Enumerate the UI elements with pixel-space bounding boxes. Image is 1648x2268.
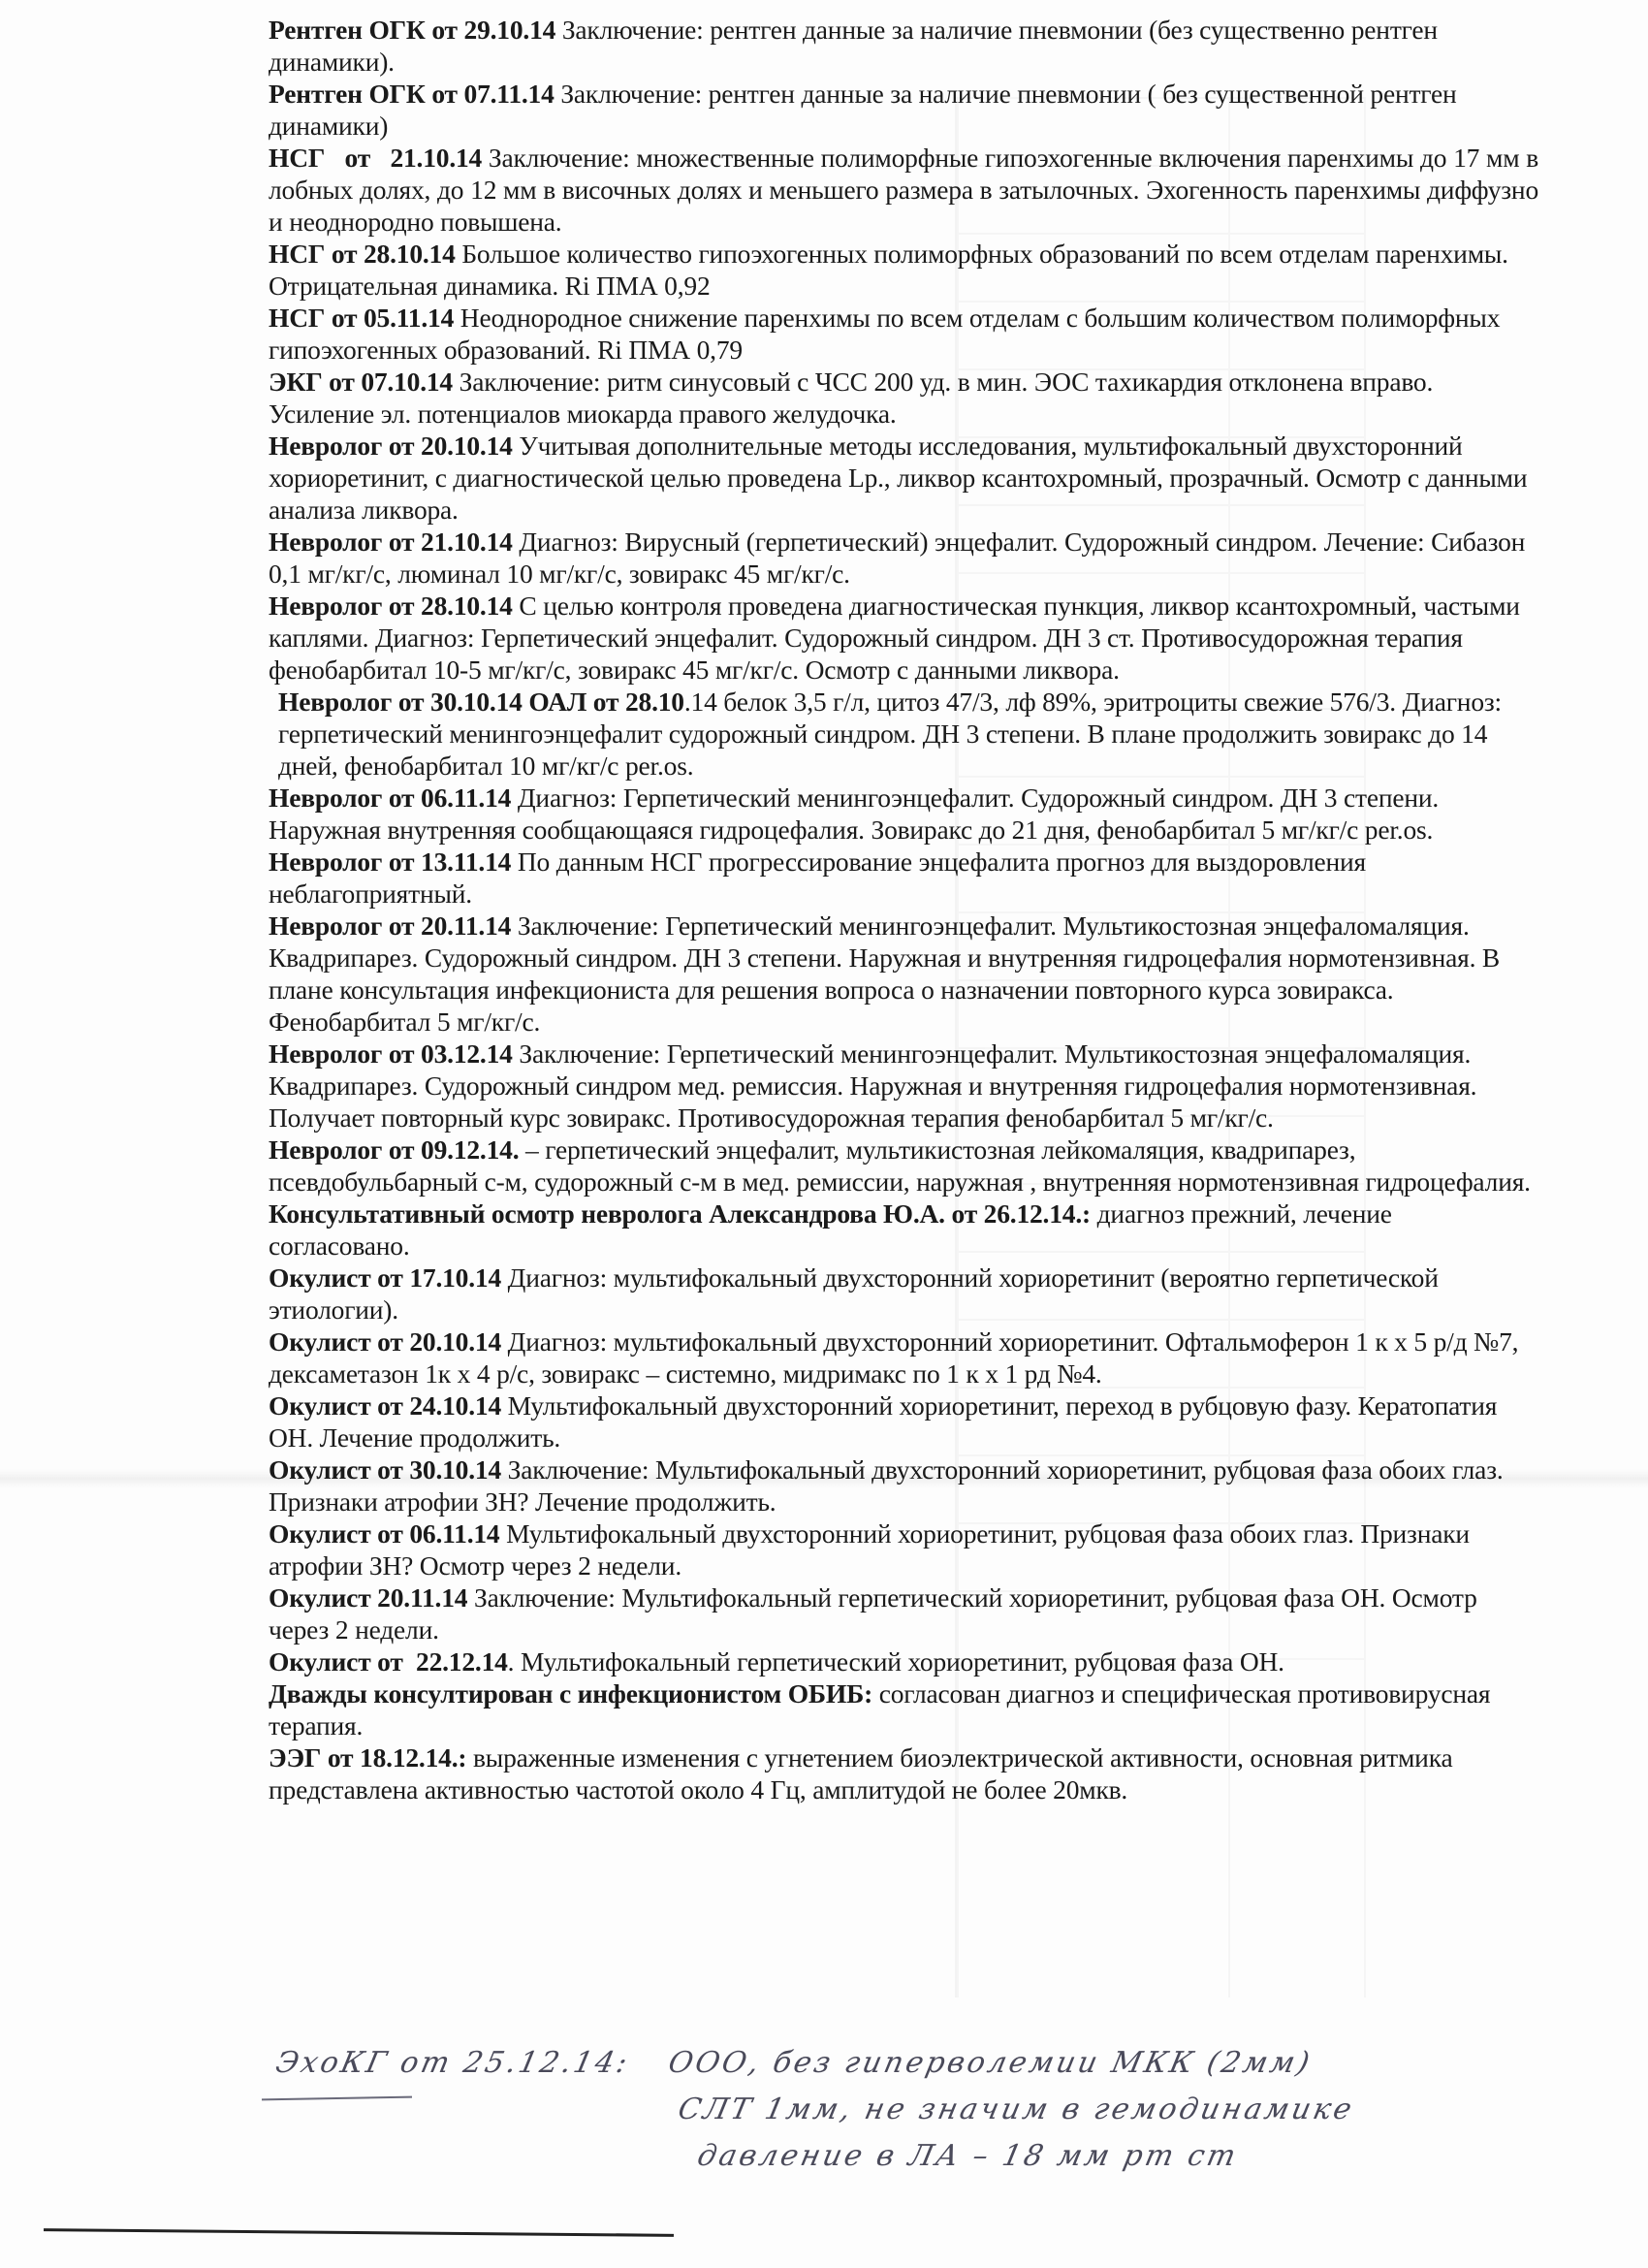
entry-heading: Невролог от 28.10.14: [269, 591, 513, 621]
entry-heading: Невролог от 20.11.14: [269, 910, 511, 941]
entry-ecg-07-10: ЭКГ от 07.10.14 Заключение: ритм синусов…: [269, 366, 1538, 430]
entry-heading: Невролог от 03.12.14: [269, 1038, 513, 1069]
entry-text: Большое количество гипоэхогенных полимор…: [269, 239, 1508, 301]
entry-heading: Рентген ОГК от 29.10.14: [269, 15, 555, 45]
entry-heading: Окулист от 22.12.14: [269, 1646, 508, 1677]
entry-neuro-21-10: Невролог от 21.10.14 Диагноз: Вирусный (…: [269, 526, 1538, 590]
entry-heading: Окулист от 20.10.14: [269, 1326, 501, 1357]
entry-xray-07-11: Рентген ОГК от 07.11.14 Заключение: рент…: [269, 78, 1538, 142]
bottom-rule-line: [44, 2228, 674, 2237]
entry-nsg-28-10: НСГ от 28.10.14 Большое количество гипоэ…: [269, 238, 1538, 302]
entry-heading: Окулист 20.11.14: [269, 1582, 467, 1613]
handwritten-label: ЭхоКГ от 25.12.14:: [272, 2046, 633, 2080]
entry-heading: ЭЭГ от 18.12.14.:: [269, 1742, 466, 1773]
entry-neuro-28-10: Невролог от 28.10.14 С целью контроля пр…: [269, 590, 1538, 686]
scanned-page: Рентген ОГК от 29.10.14 Заключение: рент…: [0, 0, 1648, 2268]
entry-neuro-20-10: Невролог от 20.10.14 Учитывая дополнител…: [269, 430, 1538, 526]
entry-text: Неоднородное снижение паренхимы по всем …: [269, 303, 1500, 365]
entry-nsg-05-11: НСГ от 05.11.14 Неоднородное снижение па…: [269, 302, 1538, 366]
entry-heading: Невролог от 21.10.14: [269, 527, 513, 557]
entry-infectionist-consult: Дважды консултирован с инфекционистом ОБ…: [269, 1677, 1538, 1741]
entry-xray-29-10: Рентген ОГК от 29.10.14 Заключение: рент…: [269, 14, 1538, 78]
entry-heading: Окулист от 06.11.14: [269, 1518, 499, 1549]
entry-eeg-18-12: ЭЭГ от 18.12.14.: выраженные изменения с…: [269, 1741, 1538, 1805]
entry-neuro-consult-26-12: Консультативный осмотр невролога Алексан…: [269, 1198, 1538, 1262]
entry-neuro-09-12: Невролог от 09.12.14. – герпетический эн…: [269, 1134, 1538, 1198]
entry-heading: Дважды консултирован с инфекционистом ОБ…: [269, 1678, 872, 1709]
entry-heading: НСГ от 28.10.14: [269, 239, 456, 269]
entry-heading: Невролог от 09.12.14.: [269, 1134, 519, 1165]
entry-heading: Консультативный осмотр невролога Алексан…: [269, 1198, 1091, 1229]
entry-heading: Невролог от 30.10.14 ОАЛ от 28.10: [278, 687, 684, 717]
entry-ophth-17-10: Окулист от 17.10.14 Диагноз: мультифокал…: [269, 1262, 1538, 1326]
entry-text: . Мультифокальный герпетический хориорет…: [508, 1646, 1284, 1677]
entry-heading: Окулист от 30.10.14: [269, 1454, 501, 1485]
entry-heading: ЭКГ от 07.10.14: [269, 367, 453, 397]
entry-heading: НСГ от 05.11.14: [269, 303, 454, 333]
entry-heading: Окулист от 24.10.14: [269, 1390, 501, 1421]
entry-ophth-06-11: Окулист от 06.11.14 Мультифокальный двух…: [269, 1517, 1538, 1581]
entry-neuro-13-11: Невролог от 13.11.14 По данным НСГ прогр…: [269, 846, 1538, 910]
handwritten-underline: [262, 2096, 412, 2101]
entry-heading: Рентген ОГК от 07.11.14: [269, 79, 555, 109]
entry-nsg-21-10: НСГ от 21.10.14 Заключение: множественны…: [269, 142, 1538, 238]
entry-neuro-30-10: Невролог от 30.10.14 ОАЛ от 28.10.14 бел…: [269, 686, 1538, 782]
handwritten-line-2: СЛТ 1мм, не значим в гемодинамике: [675, 2092, 1357, 2126]
entry-ophth-22-12: Окулист от 22.12.14. Мультифокальный гер…: [269, 1645, 1538, 1677]
handwritten-line-1: ООО, без гиперволемии МКК (2мм): [665, 2046, 1315, 2080]
entry-neuro-03-12: Невролог от 03.12.14 Заключение: Герпети…: [269, 1038, 1538, 1134]
entry-heading: Невролог от 06.11.14: [269, 783, 511, 813]
medical-record-body: Рентген ОГК от 29.10.14 Заключение: рент…: [269, 14, 1538, 1805]
entry-ophth-30-10: Окулист от 30.10.14 Заключение: Мультифо…: [269, 1453, 1538, 1517]
entry-heading: Невролог от 13.11.14: [269, 847, 511, 877]
handwritten-line-3: давление в ЛА – 18 мм рт ст: [694, 2139, 1241, 2173]
entry-ophth-20-11: Окулист 20.11.14 Заключение: Мультифокал…: [269, 1581, 1538, 1645]
entry-neuro-20-11: Невролог от 20.11.14 Заключение: Герпети…: [269, 910, 1538, 1038]
entry-heading: Окулист от 17.10.14: [269, 1262, 501, 1293]
entry-heading: НСГ от 21.10.14: [269, 143, 482, 173]
entry-ophth-24-10: Окулист от 24.10.14 Мультифокальный двух…: [269, 1390, 1538, 1453]
entry-heading: Невролог от 20.10.14: [269, 431, 513, 461]
entry-ophth-20-10: Окулист от 20.10.14 Диагноз: мультифокал…: [269, 1326, 1538, 1390]
entry-neuro-06-11: Невролог от 06.11.14 Диагноз: Герпетичес…: [269, 782, 1538, 846]
